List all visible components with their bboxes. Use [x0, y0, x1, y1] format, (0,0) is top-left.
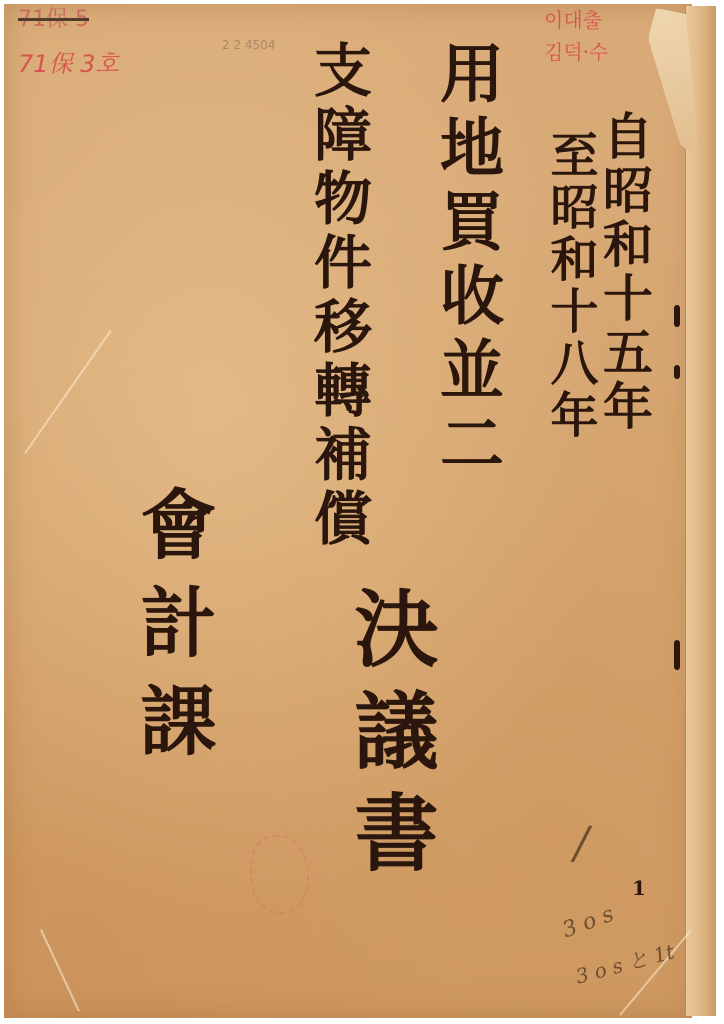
- binding-hole: [674, 305, 680, 327]
- faded-seal-stamp: [250, 835, 309, 914]
- struck-archive-number: 71保 5: [18, 2, 89, 33]
- title-line3: 決議書: [330, 585, 451, 915]
- binding-edge: [685, 6, 716, 1016]
- period-to: 至昭和十八年: [536, 130, 605, 590]
- name-note-line1: 이대출: [544, 4, 602, 33]
- name-note-line2: 김덕·수: [544, 36, 608, 65]
- binding-hole: [674, 365, 680, 379]
- title-line2: 支障物件移轉補償: [296, 40, 380, 580]
- archive-number: 71保 3호: [18, 44, 119, 79]
- check-mark: /: [574, 818, 589, 869]
- title-line1: 用地買收並二: [420, 40, 512, 520]
- faint-number: 2 2 4504: [222, 38, 275, 52]
- department-name: 會計課: [118, 485, 227, 845]
- binding-hole: [674, 640, 680, 670]
- page-number: 1: [632, 876, 646, 900]
